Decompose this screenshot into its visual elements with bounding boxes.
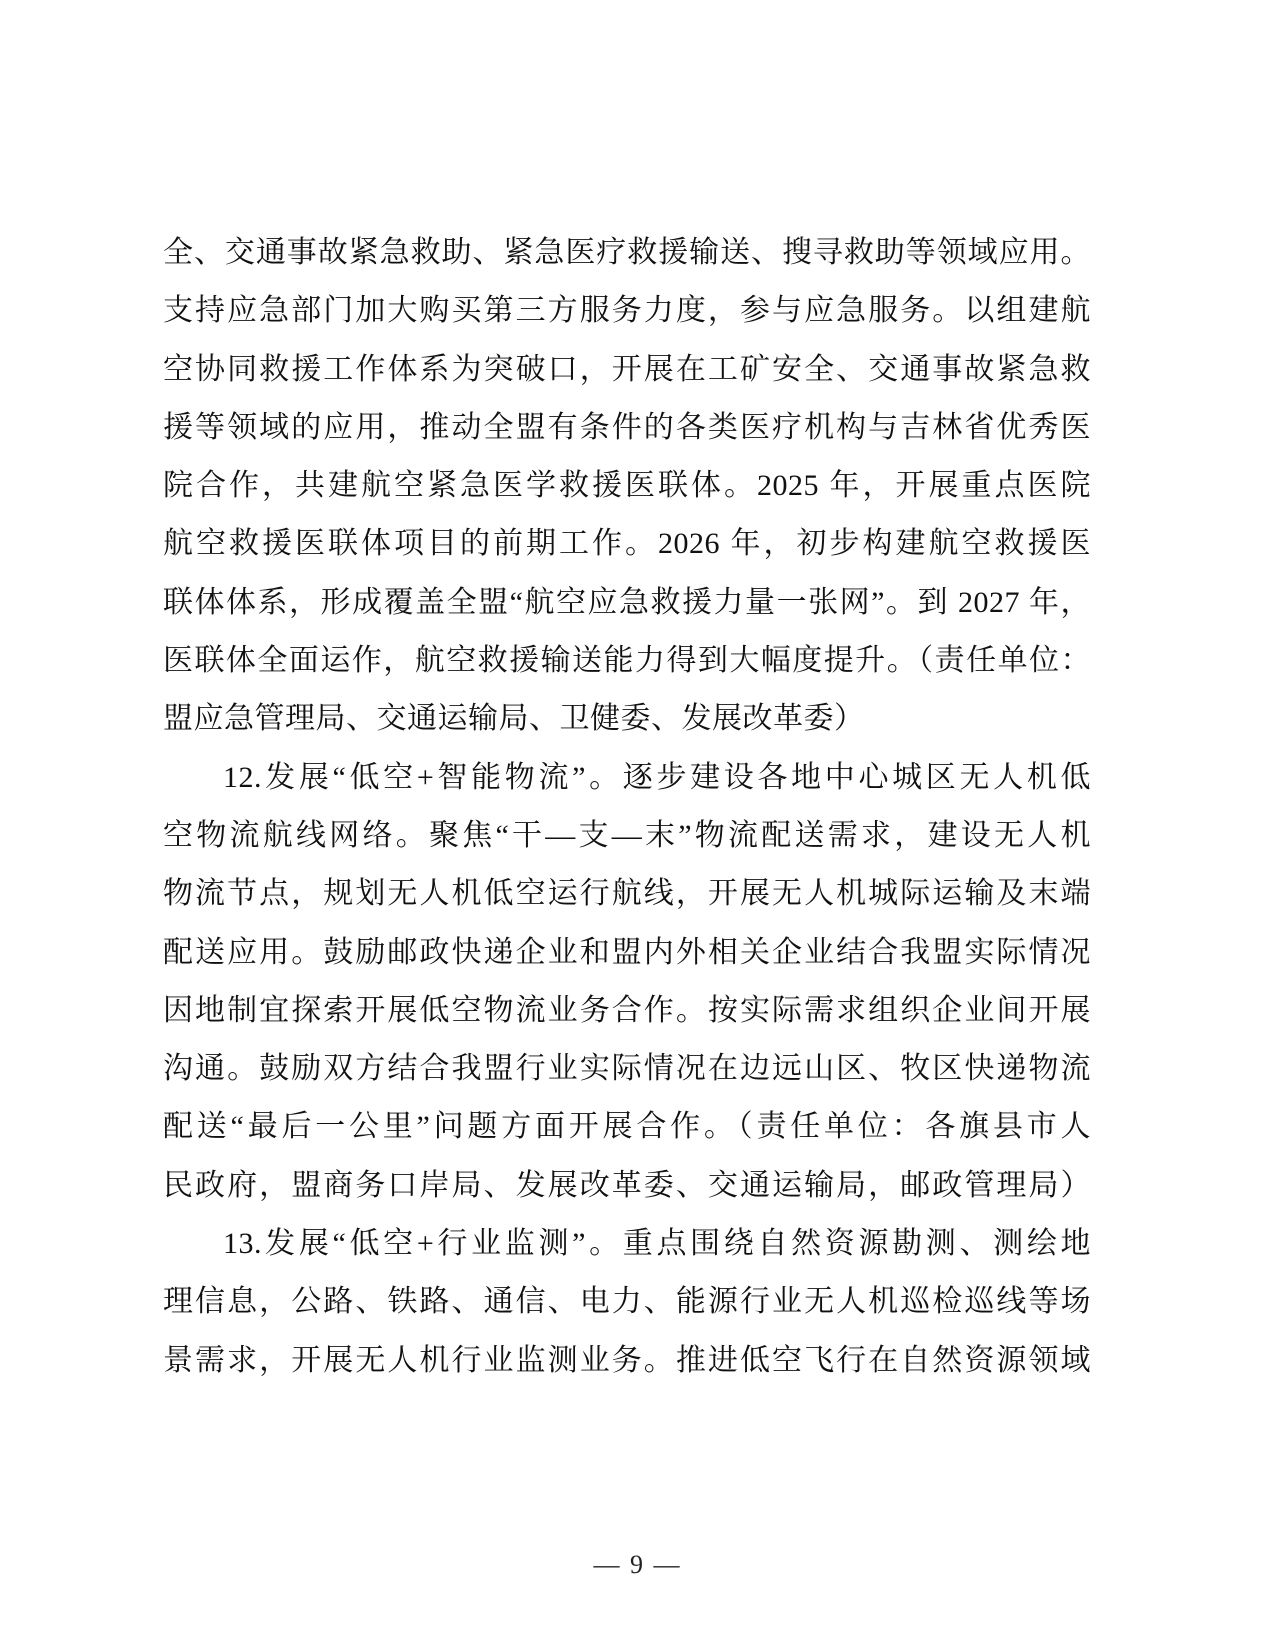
document-page: 全、交通事故紧急救助、紧急医疗救援输送、搜寻救助等领域应用。 支持应急部门加大购…: [0, 0, 1275, 1650]
page-number: — 9 —: [0, 1548, 1275, 1582]
text-line: 航空救援医联体项目的前期工作。2026 年，初步构建航空救援医: [163, 515, 1091, 573]
text-line: 理信息，公路、铁路、通信、电力、能源行业无人机巡检巡线等场: [163, 1273, 1091, 1331]
text-line: 援等领域的应用，推动全盟有条件的各类医疗机构与吉林省优秀医: [163, 399, 1091, 457]
text-line: 物流节点，规划无人机低空运行航线，开展无人机城际运输及末端: [163, 865, 1091, 923]
text-line: 支持应急部门加大购买第三方服务力度，参与应急服务。以组建航: [163, 282, 1091, 340]
text-line: 医联体全面运作，航空救援输送能力得到大幅度提升。（责任单位：: [163, 632, 1091, 690]
text-line: 全、交通事故紧急救助、紧急医疗救援输送、搜寻救助等领域应用。: [163, 224, 1091, 282]
text-line: 景需求，开展无人机行业监测业务。推进低空飞行在自然资源领域: [163, 1332, 1091, 1390]
text-line: 空物流航线网络。聚焦“干—支—末”物流配送需求，建设无人机: [163, 807, 1091, 865]
text-line: 沟通。鼓励双方结合我盟行业实际情况在边远山区、牧区快递物流: [163, 1040, 1091, 1098]
text-line: 院合作，共建航空紧急医学救援医联体。2025 年，开展重点医院: [163, 457, 1091, 515]
text-line-paragraph-12-start: 12.发展“低空+智能物流”。逐步建设各地中心城区无人机低: [163, 749, 1091, 807]
text-line: 盟应急管理局、交通运输局、卫健委、发展改革委）: [163, 690, 1091, 748]
text-line: 配送“最后一公里”问题方面开展合作。（责任单位：各旗县市人: [163, 1098, 1091, 1156]
text-line: 因地制宜探索开展低空物流业务合作。按实际需求组织企业间开展: [163, 982, 1091, 1040]
text-line: 空协同救援工作体系为突破口，开展在工矿安全、交通事故紧急救: [163, 341, 1091, 399]
text-line-paragraph-13-start: 13.发展“低空+行业监测”。重点围绕自然资源勘测、测绘地: [163, 1215, 1091, 1273]
text-line: 联体体系，形成覆盖全盟“航空应急救援力量一张网”。到 2027 年，: [163, 574, 1091, 632]
text-line: 民政府，盟商务口岸局、发展改革委、交通运输局，邮政管理局）: [163, 1157, 1091, 1215]
text-line: 配送应用。鼓励邮政快递企业和盟内外相关企业结合我盟实际情况: [163, 924, 1091, 982]
document-body: 全、交通事故紧急救助、紧急医疗救援输送、搜寻救助等领域应用。 支持应急部门加大购…: [163, 224, 1091, 1390]
